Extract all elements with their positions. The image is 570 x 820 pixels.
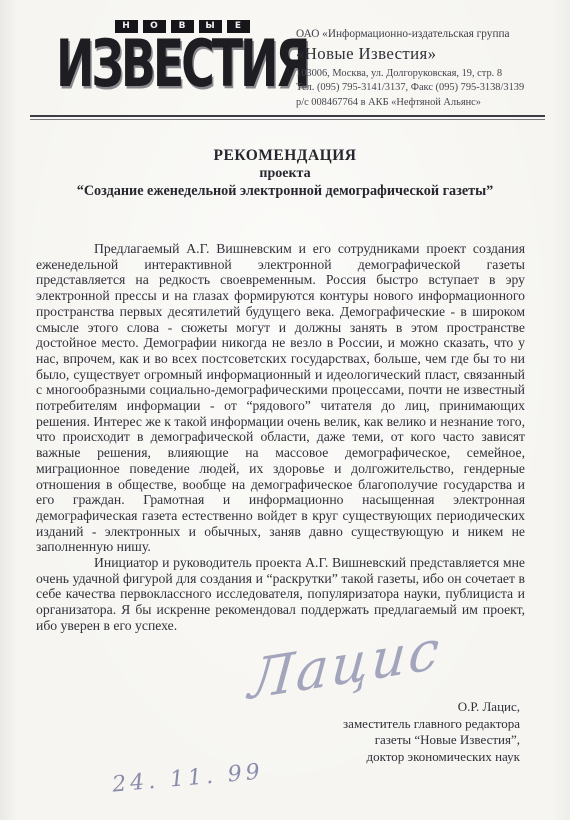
signatory-role-line-1: заместитель главного редактора: [343, 716, 520, 733]
title-project: проекта: [0, 166, 570, 182]
scanned-letter-page: Н О В Ы Е ИЗВЕСТИЯ ОАО «Информационно-из…: [0, 0, 570, 820]
company-address: 103006, Москва, ул. Долгоруковская, 19, …: [296, 67, 558, 82]
body-paragraph-1: Предлагаемый А.Г. Вишневским и его сотру…: [36, 241, 525, 555]
company-details: ОАО «Информационно-издательская группа «…: [296, 27, 558, 111]
signatory-role-line-2: газеты “Новые Известия”,: [343, 732, 520, 749]
handwritten-signature: Лацис: [247, 622, 444, 708]
logo-letter-square: О: [143, 20, 166, 33]
logo-letter-square: Е: [227, 20, 250, 33]
signature-block: О.Р. Лацис, заместитель главного редакто…: [343, 699, 520, 765]
title-project-name: “Создание еженедельной электронной демог…: [0, 183, 570, 200]
logo-letter-square: В: [171, 20, 194, 33]
newspaper-logo: Н О В Ы Е ИЗВЕСТИЯ: [56, 20, 296, 77]
logo-top-word: Н О В Ы Е: [86, 20, 278, 33]
logo-main-word: ИЗВЕСТИЯ: [56, 34, 301, 96]
company-phone-fax: Тел. (095) 795-3141/3137, Факс (095) 795…: [296, 81, 558, 96]
letter-body: Предлагаемый А.Г. Вишневским и его сотру…: [36, 241, 525, 634]
logo-letter-square: Ы: [199, 20, 222, 33]
company-group-line: ОАО «Информационно-издательская группа: [296, 27, 558, 42]
letterhead-divider: [30, 115, 545, 120]
company-bank-account: р/с 008467764 в АКБ «Нефтяной Альянс»: [296, 96, 558, 111]
body-paragraph-2: Инициатор и руководитель проекта А.Г. Ви…: [36, 555, 525, 634]
title-recommendation: РЕКОМЕНДАЦИЯ: [0, 147, 570, 165]
document-title: РЕКОМЕНДАЦИЯ проекта “Создание еженедель…: [0, 147, 570, 200]
logo-letter-square: Н: [115, 20, 138, 33]
signatory-role-line-3: доктор экономических наук: [343, 749, 520, 766]
company-name: «Новые Известия»: [296, 43, 558, 65]
handwritten-date: 24. 11. 99: [111, 759, 265, 797]
signatory-name: О.Р. Лацис,: [343, 699, 520, 716]
